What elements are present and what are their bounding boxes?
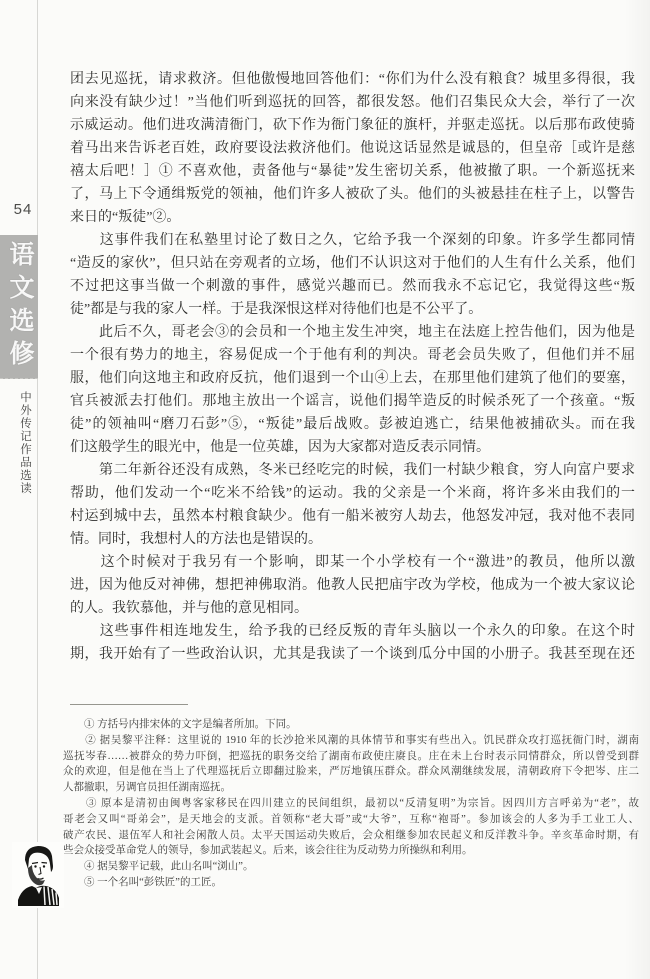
text-line: 帮助，他们发动一个“吃米不给钱”的运动。我的父亲是一个米商，将许多米由我们的一: [70, 482, 635, 505]
text-line: 示威运动。他们进攻满清衙门，砍下作为衙门象征的旗杆，并驱走巡抚。以后那布政使骑: [70, 114, 635, 137]
text-line: 第二年新谷还没有成熟，冬米已经吃完的时候，我们一村缺少粮食，穷人向富户要求: [70, 459, 635, 482]
text-line: 哥老会又叫“哥弟会”，是天地会的支派。首领称“老大哥”或“大爷”，互称“袍哥”。…: [63, 812, 639, 828]
text-line: ④ 据吴黎平记载，此山名叫“浏山”。: [63, 859, 639, 875]
young-mao-woodcut-portrait-icon: [12, 842, 64, 908]
series-title-vertical: 语文选修: [0, 238, 38, 375]
text-line: 情。同时，我想村人的方法也是错误的。: [70, 528, 635, 551]
text-line: ⑤ 一个名叫“彭铁匠”的工匠。: [63, 875, 639, 891]
text-line: 期，我开始有了一些政治认识，尤其是我读了一个谈到瓜分中国的小册子。我甚至现在还: [70, 643, 635, 666]
text-line: 此后不久，哥老会③的会员和一个地主发生冲突，地主在法庭上控告他们，因为他是: [70, 321, 635, 344]
text-line: 徒”的领袖叫“磨刀石彭”⑤，“叛徒”最后战败。彭被迫逃亡，结果他被捕砍头。而在我: [70, 413, 635, 436]
text-line: 这事件我们在私塾里讨论了数日之久，它给予我一个深刻的印象。许多学生都同情: [70, 229, 635, 252]
text-line: 进，因为他反对神佛，想把神佛取消。他教人民把庙宇改为学校，他成为一个被大家议论: [70, 574, 635, 597]
text-line: 服，他们向这地主和政府反抗，他们退到一个山④上去，在那里他们建筑了他们的要塞，: [70, 367, 635, 390]
text-line: ① 方括号内排宋体的文字是编者所加。下同。: [63, 717, 639, 733]
text-line: 不过把这事当做一个刺激的事件，感觉兴趣而已。然而我永不忘记它，我觉得这些“叛: [70, 275, 635, 298]
book-page: 54 语文选修 中外传记作品选读 团去见巡抚，请求救济。但他傲慢地回答他们：“你…: [0, 0, 650, 979]
text-line: ③ 原本是清初由闽粤客家移民在四川建立的民间组织，最初以“反清复明”为宗旨。因四…: [63, 796, 639, 812]
text-line: 了，马上下令通缉叛党的领袖，他们许多人被砍了头。他们的头被悬挂在柱子上，以警告: [70, 183, 635, 206]
text-line: 禧太后吧！］① 不喜欢他，责备他与“暴徒”发生密切关系，他被撤了职。一个新巡抚来: [70, 160, 635, 183]
text-line: 这些事件相连地发生，给予我的已经反叛的青年头脑以一个永久的印象。在这个时: [70, 620, 635, 643]
text-line: 来日的“叛徒”②。: [70, 206, 635, 229]
text-line: 向来没有缺少过！”当他们听到巡抚的回答，都很发怒。他们召集民众大会，举行了一次: [70, 91, 635, 114]
text-line: 的人。我钦慕他，并与他的意见相同。: [70, 597, 635, 620]
text-line: 众的欢迎，但是他在当上了代理巡抚后立即翻过脸来，严厉地镇压群众。群众风潮继续发展…: [63, 764, 639, 780]
text-line: “造反的家伙”，但只站在旁观者的立场，他们不认识这对于他们的人生有什么关系，他们: [70, 252, 635, 275]
text-line: 团去见巡抚，请求救济。但他傲慢地回答他们：“你们为什么没有粮食？城里多得很，我: [70, 68, 635, 91]
book-title-vertical: 中外传记作品选读: [17, 391, 33, 511]
text-line: 这个时候对于我另有一个影响，即某一个小学校有一个“激进”的教员，他所以激: [70, 551, 635, 574]
page-number: 54: [8, 201, 38, 218]
text-line: 人都撤职，另调官员担任湖南巡抚。: [63, 780, 639, 796]
text-line: ② 据吴黎平注释：这里说的 1910 年的长沙抢米风潮的具体情节和事实有些出入。…: [63, 733, 639, 749]
margin-divider-line: [37, 0, 38, 979]
text-line: 一个很有势力的地主，容易促成一个于他有利的判决。哥老会员失败了，但他们并不屈: [70, 344, 635, 367]
text-line: 巡抚岑春……被群众的势力吓倒，把巡抚的职务交给了湖南布政使庄赓良。庄在未上台时表…: [63, 749, 639, 765]
body-text: 团去见巡抚，请求救济。但他傲慢地回答他们：“你们为什么没有粮食？城里多得很，我向…: [70, 68, 635, 666]
series-banner: 语文选修: [0, 235, 38, 379]
text-line: 破产农民、退伍军人和社会闲散人员。太平天国运动失败后，会众相继参加农民起义和反洋…: [63, 828, 639, 844]
footnote-block: ① 方括号内排宋体的文字是编者所加。下同。 ② 据吴黎平注释：这里说的 1910…: [63, 717, 639, 891]
text-line: 村运到城中去，虽然本村粮食缺少。他有一船米被穷人劫去，他怒发冲冠，我对他不表同: [70, 505, 635, 528]
footnote-divider: [70, 704, 188, 705]
text-line: 们这般学生的眼光中，他是一位英雄，因为大家都对造反表示同情。: [70, 436, 635, 459]
text-line: 些会众接受革命党人的领导，参加武装起义。后来，该会往往为反动势力所操纵和利用。: [63, 843, 639, 859]
text-line: 官兵被派去打他们。那地主放出一个谣言，说他们揭竿造反的时候杀死了一个孩童。“叛: [70, 390, 635, 413]
text-line: 徒”都是与我的家人一样。于是我深恨这样对待他们也是不公平了。: [70, 298, 635, 321]
text-line: 着马出来告诉老百姓，政府要设法救济他们。他说这话显然是诚恳的，但皇帝［或许是慈: [70, 137, 635, 160]
